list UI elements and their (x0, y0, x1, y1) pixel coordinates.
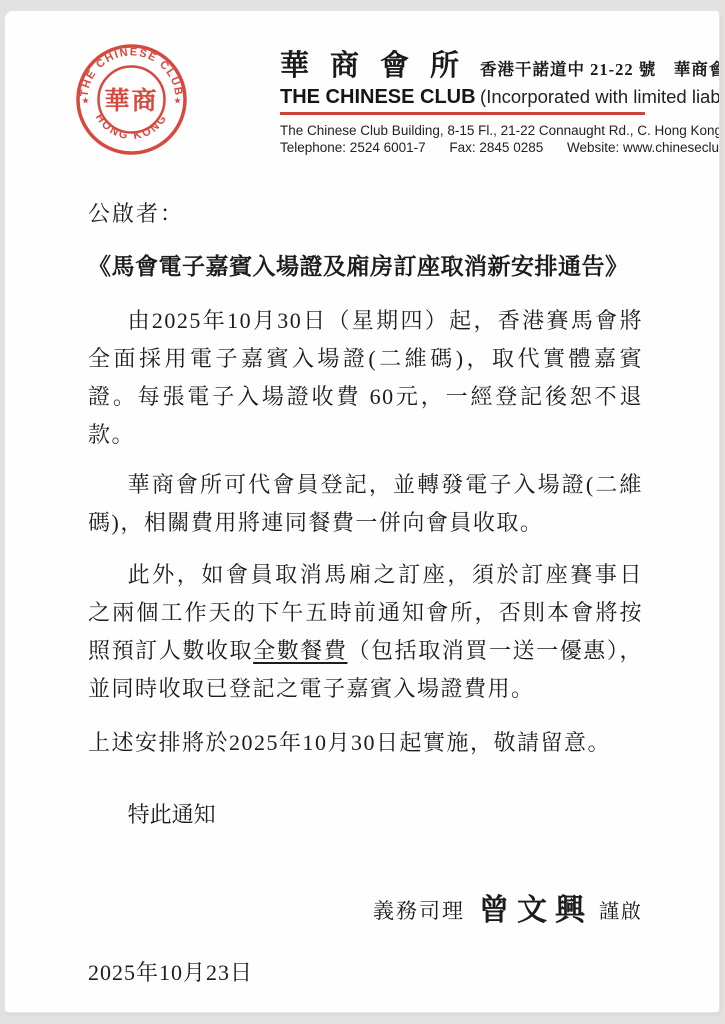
seal-star-right-icon: ★ (173, 96, 181, 106)
letter-body: 公啟者： 《馬會電子嘉賓入場證及廂房訂座取消新安排通告》 由2025年10月30… (5, 195, 719, 992)
signer-name: 曾文興 (479, 894, 593, 927)
seal-center-characters: 華商 (104, 86, 158, 115)
closing-phrase: 特此通知 (88, 796, 643, 834)
paragraph-3-underlined-phrase: 全數餐費 (253, 638, 347, 663)
club-name-english: THE CHINESE CLUB (280, 86, 476, 108)
letter-date: 2025年10月23日 (88, 954, 643, 992)
club-address-chinese: 香港干諾道中 21-22 號 華商會所大廈 8-15 樓 (480, 60, 719, 79)
letterhead: THE CHINESE CLUB HONG KONG ★ ★ 華商 華商會所香港… (5, 11, 719, 161)
website-text: Website: www.chineseclub.hk (567, 140, 719, 155)
paragraph-2: 華商會所可代會員登記，並轉發電子入場證(二維碼)，相關費用將連同餐費一併向會員收… (88, 466, 643, 542)
signer-role: 義務司理 (373, 899, 465, 923)
paragraph-3: 此外，如會員取消馬廂之訂座，須於訂座賽事日之兩個工作天的下午五時前通知會所，否則… (88, 556, 643, 708)
letterhead-text: 華商會所香港干諾道中 21-22 號 華商會所大廈 8-15 樓 THE CHI… (280, 43, 719, 156)
letterhead-divider (280, 112, 645, 115)
club-address-english: The Chinese Club Building, 8-15 Fl., 21-… (280, 122, 719, 139)
salutation: 公啟者： (88, 195, 643, 233)
seal-star-left-icon: ★ (81, 96, 89, 106)
paragraph-4: 上述安排將於2025年10月30日起實施，敬請留意。 (88, 724, 643, 762)
fax-text: Fax: 2845 0285 (449, 140, 543, 155)
club-incorporation-note: (Incorporated with limited liability) (480, 86, 719, 107)
paragraph-1: 由2025年10月30日（星期四）起，香港賽馬會將全面採用電子嘉賓入場證(二維碼… (88, 302, 643, 454)
seal-arc-bottom-text: HONG KONG (93, 112, 170, 143)
scanned-letter-page: { "header": { "logo": { "arc_top": "THE … (0, 0, 725, 1024)
club-name-chinese: 華商會所 (280, 50, 480, 82)
signature-block: 義務司理曾文興謹啟 (88, 892, 643, 932)
signature-suffix: 謹啟 (599, 901, 643, 923)
chinese-club-seal-logo: THE CHINESE CLUB HONG KONG ★ ★ 華商 (75, 43, 188, 156)
letter-page: THE CHINESE CLUB HONG KONG ★ ★ 華商 華商會所香港… (5, 11, 719, 1012)
notice-subject-title: 《馬會電子嘉賓入場證及廂房訂座取消新安排通告》 (88, 248, 643, 286)
telephone-text: Telephone: 2524 6001-7 (280, 140, 426, 155)
club-contact-line: Telephone: 2524 6001-7 Fax: 2845 0285 We… (280, 139, 719, 156)
